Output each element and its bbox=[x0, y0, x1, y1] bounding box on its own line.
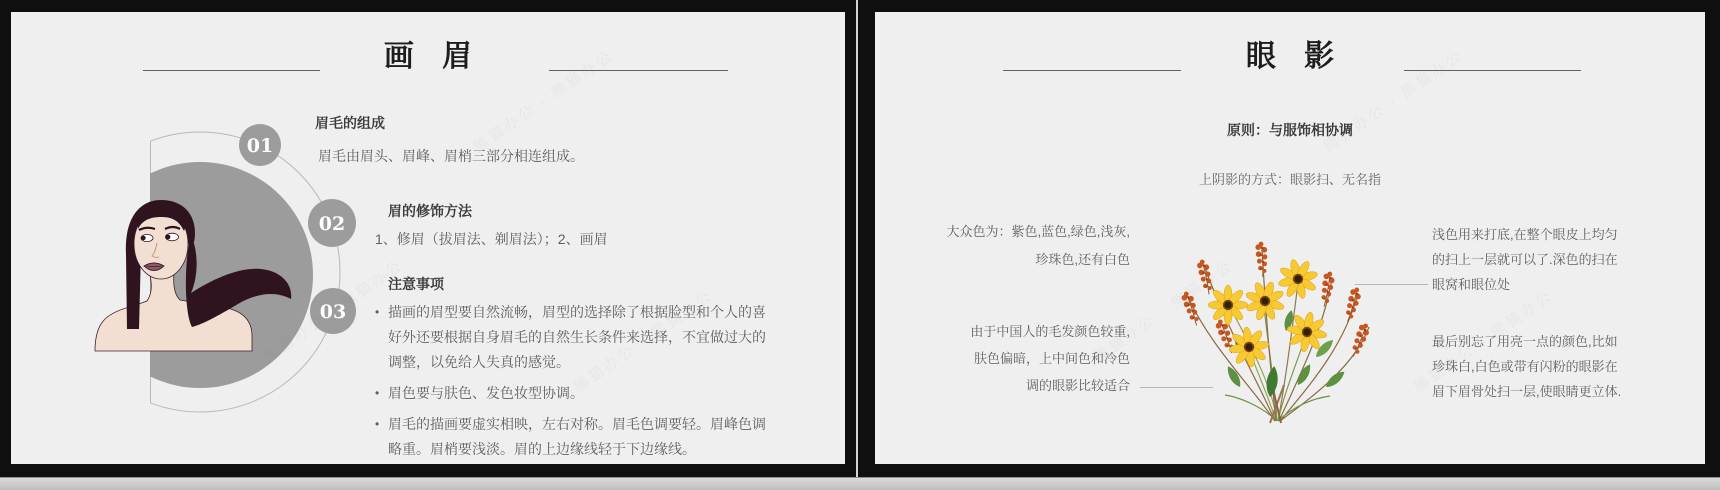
left-column-paragraph-2: 由于中国人的毛发颜色较重, 肤色偏暗，上中间色和冷色 调的眼影比较适合 bbox=[890, 318, 1130, 399]
title-rule-right bbox=[1404, 70, 1581, 71]
slide-eyebrow[interactable]: 画 眉 bbox=[11, 12, 845, 464]
slides-preview-stage: 画 眉 bbox=[0, 0, 1720, 490]
bullet-item: • 眉色要与肤色、发色妆型协调。 bbox=[375, 381, 779, 406]
bullet-item: • 眉毛的描画要虚实相映，左右对称。眉毛色调要轻。眉峰色调略重。眉梢要浅淡。眉的… bbox=[375, 412, 779, 462]
bullet-text: 描画的眉型要自然流畅，眉型的选择除了根据脸型和个人的喜好外还要根据自身眉毛的自然… bbox=[388, 300, 776, 375]
text-line: 调的眼影比较适合 bbox=[890, 372, 1130, 399]
flower-bouquet-illustration bbox=[1180, 235, 1375, 425]
woman-illustration bbox=[95, 200, 291, 351]
text-line: 珍珠白,白色或带有闪粉的眼影在 bbox=[1432, 354, 1672, 379]
section-1-heading: 眉毛的组成 bbox=[315, 113, 385, 133]
text-line: 最后别忘了用亮一点的颜色,比如 bbox=[1432, 329, 1672, 354]
text-line: 大众色为：紫色,蓝色,绿色,浅灰, bbox=[890, 218, 1130, 246]
badge-03 bbox=[310, 288, 356, 334]
eyebrow-right bbox=[165, 227, 180, 229]
bullet-marker: • bbox=[375, 412, 388, 437]
section-3-heading: 注意事项 bbox=[388, 274, 444, 294]
notes-bullet-list: • 描画的眉型要自然流畅，眉型的选择除了根据脸型和个人的喜好外还要根据自身眉毛的… bbox=[375, 300, 779, 462]
principle-line: 原则：与服饰相协调 bbox=[875, 120, 1705, 140]
badge-03-number: 03 bbox=[320, 301, 346, 323]
section-1-body: 眉毛由眉头、眉峰、眉梢三部分相连组成。 bbox=[318, 146, 584, 166]
text-line: 眼窝和眼位处 bbox=[1432, 272, 1672, 297]
bullet-marker: • bbox=[375, 300, 388, 325]
slide-title: 画 眉 bbox=[11, 41, 845, 73]
text-line: 肤色偏暗，上中间色和冷色 bbox=[890, 345, 1130, 372]
text-line: 眉下眉骨处扫一层,使眼睛更立体. bbox=[1432, 379, 1672, 404]
lips bbox=[144, 263, 164, 271]
bullet-item: • 描画的眉型要自然流畅，眉型的选择除了根据脸型和个人的喜好外还要根据自身眉毛的… bbox=[375, 300, 779, 375]
badge-01-number: 01 bbox=[247, 135, 273, 157]
section-2-body: 1、修眉（拔眉法、剃眉法）；2、画眉 bbox=[375, 229, 608, 249]
eyebrow-left bbox=[139, 228, 155, 230]
bullet-marker: • bbox=[375, 381, 388, 406]
slide-title: 眼 影 bbox=[875, 41, 1705, 73]
left-column-paragraph-1: 大众色为：紫色,蓝色,绿色,浅灰, 珍珠色,还有白色 bbox=[890, 218, 1130, 274]
method-line: 上阴影的方式：眼影扫、无名指 bbox=[875, 169, 1705, 188]
slide-gap-divider bbox=[856, 0, 858, 477]
stems bbox=[1188, 247, 1369, 423]
bullet-text: 眉色要与肤色、发色妆型协调。 bbox=[388, 381, 776, 406]
section-2-heading: 眉的修饰方法 bbox=[388, 201, 472, 221]
text-line: 的扫上一层就可以了.深色的扫在 bbox=[1432, 247, 1672, 272]
right-column-paragraph-2: 最后别忘了用亮一点的颜色,比如 珍珠白,白色或带有闪粉的眼影在 眉下眉骨处扫一层… bbox=[1432, 329, 1672, 404]
bullet-text: 眉毛的描画要虚实相映，左右对称。眉毛色调要轻。眉峰色调略重。眉梢要浅淡。眉的上边… bbox=[388, 412, 776, 462]
right-column-paragraph-1: 浅色用来打底,在整个眼皮上均匀 的扫上一层就可以了.深色的扫在 眼窝和眼位处 bbox=[1432, 222, 1672, 297]
text-line: 珍珠色,还有白色 bbox=[890, 246, 1130, 274]
badge-02 bbox=[308, 199, 356, 247]
badge-01 bbox=[239, 124, 281, 166]
text-line: 由于中国人的毛发颜色较重, bbox=[890, 318, 1130, 345]
text-line: 浅色用来打底,在整个眼皮上均匀 bbox=[1432, 222, 1672, 247]
slide-eyeshadow[interactable]: 眼 影 原则：与服饰相协调 上阴影的方式：眼影扫、无名指 大众色为：紫色,蓝色,… bbox=[875, 12, 1705, 464]
number-ring bbox=[81, 132, 340, 412]
bottom-edge-bar bbox=[0, 477, 1720, 490]
badge-02-number: 02 bbox=[319, 213, 345, 235]
title-rule-right bbox=[549, 70, 728, 71]
